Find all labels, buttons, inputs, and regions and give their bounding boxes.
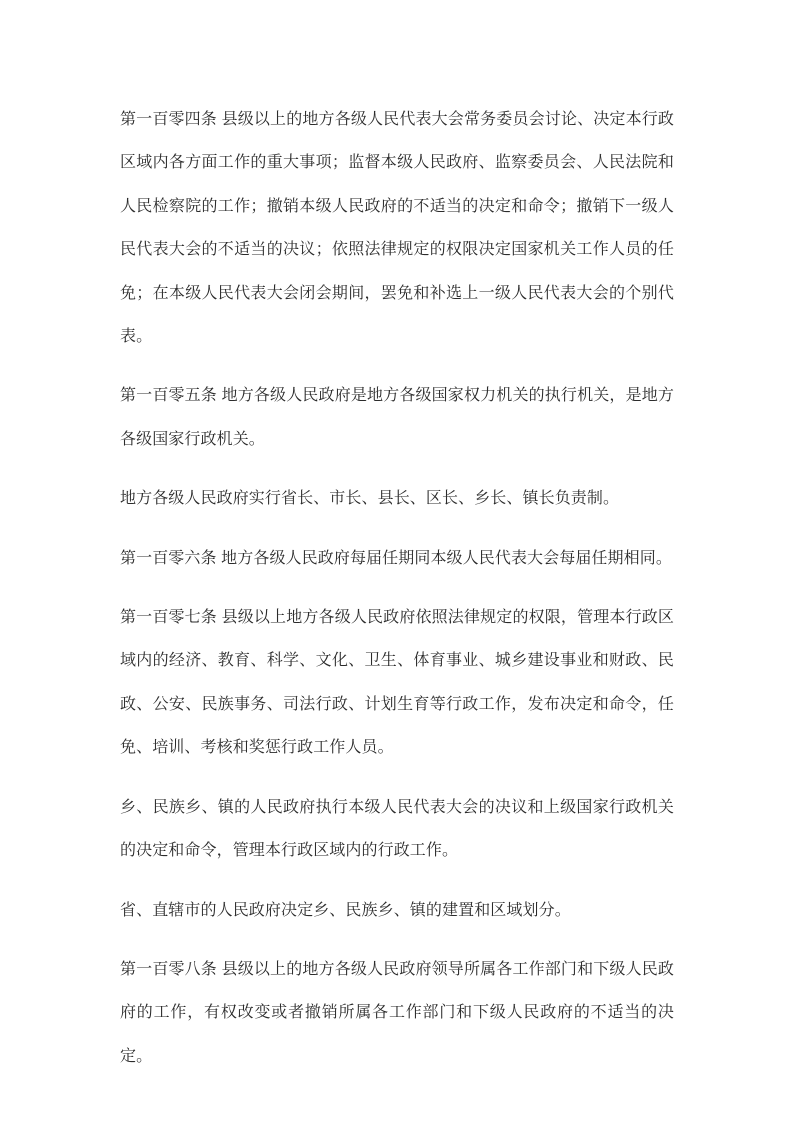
paragraph-article-105-clause-2: 地方各级人民政府实行省长、市长、县长、区长、乡长、镇长负责制。: [120, 477, 674, 520]
paragraph-article-107-clause-2: 乡、民族乡、镇的人民政府执行本级人民代表大会的决议和上级国家行政机关的决定和命令…: [120, 786, 674, 873]
paragraph-article-107-clause-3: 省、直辖市的人民政府决定乡、民族乡、镇的建置和区域划分。: [120, 889, 674, 932]
paragraph-article-104: 第一百零四条 县级以上的地方各级人民代表大会常务委员会讨论、决定本行政区域内各方…: [120, 98, 674, 358]
paragraph-article-108: 第一百零八条 县级以上的地方各级人民政府领导所属各工作部门和下级人民政府的工作，…: [120, 948, 674, 1078]
document-content: 第一百零四条 县级以上的地方各级人民代表大会常务委员会讨论、决定本行政区域内各方…: [120, 98, 674, 1078]
paragraph-article-105-clause-1: 第一百零五条 地方各级人民政府是地方各级国家权力机关的执行机关，是地方各级国家行…: [120, 374, 674, 461]
paragraph-article-107-clause-1: 第一百零七条 县级以上地方各级人民政府依照法律规定的权限，管理本行政区域内的经济…: [120, 596, 674, 770]
document-page: 第一百零四条 县级以上的地方各级人民代表大会常务委员会讨论、决定本行政区域内各方…: [0, 0, 793, 1122]
paragraph-article-106: 第一百零六条 地方各级人民政府每届任期同本级人民代表大会每届任期相同。: [120, 537, 674, 580]
